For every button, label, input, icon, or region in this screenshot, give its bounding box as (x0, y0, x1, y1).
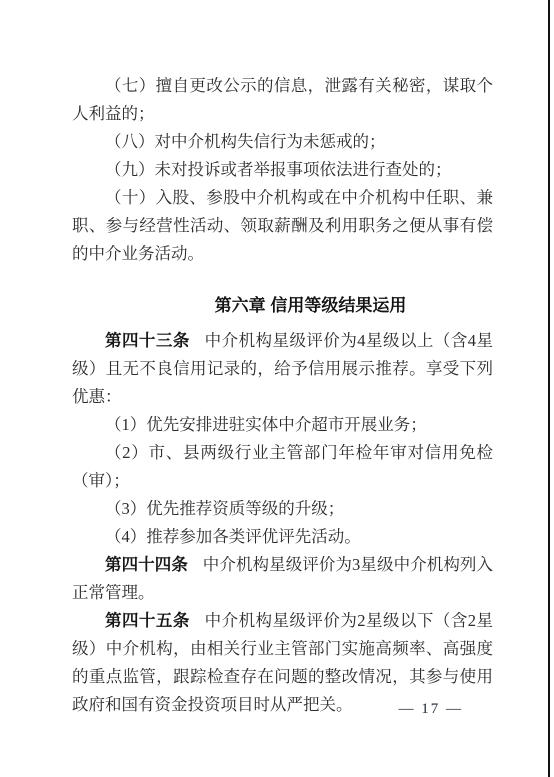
benefit-item: （2）市、县两级行业主管部门年检年审对信用免检（审）； (72, 439, 493, 495)
article-number: 第四十四条 (105, 555, 188, 574)
clause-paragraph: （七）擅自更改公示的信息，泄露有关秘密，谋取个人利益的； (72, 72, 493, 128)
article-paragraph: 第四十三条中介机构星级评价为4星级以上（含4星级）且无不良信用记录的，给予信用展… (72, 327, 493, 411)
article-number: 第四十五条 (105, 611, 190, 630)
clause-paragraph: （十）入股、参股中介机构或在中介机构中任职、兼职、参与经营性活动、领取薪酬及利用… (72, 184, 493, 268)
page-number: — 17 — (399, 699, 464, 719)
document-page: （七）擅自更改公示的信息，泄露有关秘密，谋取个人利益的； （八）对中介机构失信行… (0, 0, 554, 777)
clause-paragraph: （九）未对投诉或者举报事项依法进行查处的； (72, 156, 493, 184)
chapter-heading: 第六章 信用等级结果运用 (100, 292, 521, 320)
document-body: （七）擅自更改公示的信息，泄露有关秘密，谋取个人利益的； （八）对中介机构失信行… (72, 72, 493, 719)
article-paragraph: 第四十四条中介机构星级评价为3星级中介机构列入正常管理。 (72, 551, 493, 607)
page-edge-line (548, 0, 550, 777)
benefit-item: （3）优先推荐资质等级的升级； (72, 495, 493, 523)
benefit-item: （1）优先安排进驻实体中介超市开展业务； (72, 411, 493, 439)
article-number: 第四十三条 (105, 331, 190, 350)
clause-paragraph: （八）对中介机构失信行为未惩戒的； (72, 128, 493, 156)
benefit-item: （4）推荐参加各类评优评先活动。 (72, 523, 493, 551)
